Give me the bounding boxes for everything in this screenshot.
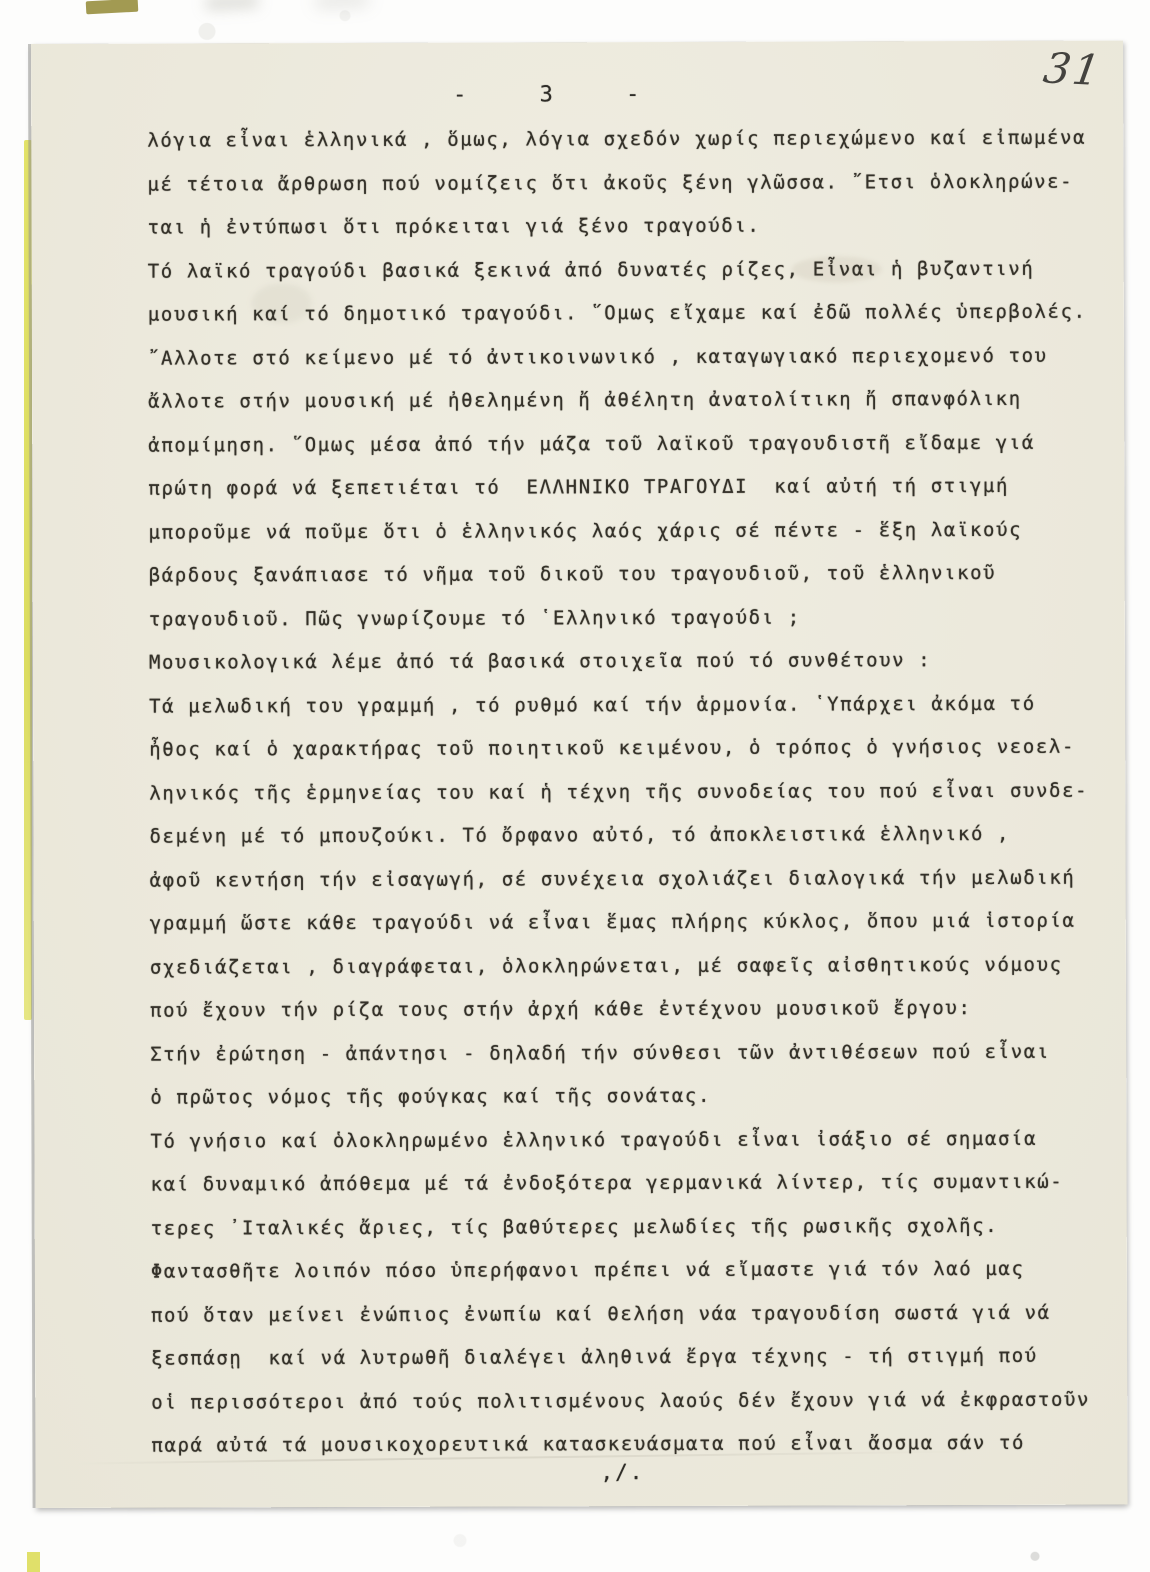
text-line: δεμένη μέ τό μπουζούκι. Τό ὄρφανο αὐτό, …	[149, 813, 1134, 860]
text-line: Τό λαϊκό τραγούδι βασικά ξεκινά ἀπό δυνα…	[148, 247, 1133, 294]
text-line: ξεσπάσῃ καί νά λυτρωθῆ διαλέγει ἀληθινά …	[151, 1335, 1136, 1382]
text-line: βάρδους ξανάπιασε τό νῆμα τοῦ δικοῦ του …	[149, 552, 1134, 599]
scanned-document: { "document": { "page_label": "- 3 -", "…	[0, 0, 1150, 1572]
text-line: ἀπομίμηση. ῞Ομως μέσα ἀπό τήν μάζα τοῦ λ…	[148, 421, 1133, 468]
text-line: μουσική καί τό δημοτικό τραγούδι. ῞Ομως …	[148, 291, 1133, 338]
text-line: τραγουδιοῦ. Πῶς γνωρίζουμε τό ῾Ελληνικό …	[149, 595, 1134, 642]
handwritten-folio-number: 31	[1040, 43, 1105, 95]
text-line: Τά μελωδική του γραμμή , τό ρυθμό καί τή…	[149, 682, 1134, 729]
text-line: τερες ᾽Ιταλικές ἄριες, τίς βαθύτερες μελ…	[151, 1204, 1136, 1251]
text-line: ῎Αλλοτε στό κείμενο μέ τό ἀντικοινωνικό …	[148, 334, 1133, 381]
end-of-page-mark: ,/.	[600, 1460, 644, 1484]
text-line: μέ τέτοια ἄρθρωση πού νομίζεις ὅτι ἀκοῦς…	[147, 160, 1132, 207]
text-line: λόγια εἶναι ἑλληνικά , ὅμως, λόγια σχεδό…	[147, 117, 1132, 164]
text-line: οἱ περισσότεροι ἀπό τούς πολιτισμένους λ…	[151, 1378, 1136, 1425]
text-line: σχεδιάζεται , διαγράφεται, ὁλοκληρώνεται…	[150, 943, 1135, 990]
text-line: Στήν ἐρώτηση - ἀπάντησι - δηλαδή τήν σύν…	[150, 1030, 1135, 1077]
text-line: ται ἡ ἐντύπωσι ὅτι πρόκειται γιά ξένο τρ…	[148, 204, 1133, 251]
text-line: ἦθος καί ὁ χαρακτήρας τοῦ ποιητικοῦ κειμ…	[149, 726, 1134, 773]
text-line: Τό γνήσιο καί ὁλοκληρωμένο ἑλληνικό τραγ…	[150, 1117, 1135, 1164]
text-line: ἀφοῦ κεντήση τήν εἰσαγωγή, σέ συνέχεια σ…	[150, 856, 1135, 903]
text-line: πρώτη φορά νά ξεπετιέται τό ΕΛΛΗΝΙΚΟ ΤΡΑ…	[148, 465, 1133, 512]
underlying-page-corner	[27, 1552, 40, 1572]
typewritten-text-block: λόγια εἶναι ἑλληνικά , ὅμως, λόγια σχεδό…	[147, 117, 1136, 1469]
text-line: Φαντασθῆτε λοιπόν πόσο ὑπερήφανοι πρέπει…	[151, 1248, 1136, 1295]
text-line: Μουσικολογικά λέμε ἀπό τά βασικά στοιχεῖ…	[149, 639, 1134, 686]
text-line: ἄλλοτε στήν μουσική μέ ἠθελημένη ἤ ἀθέλη…	[148, 378, 1133, 425]
text-line: πού ἔχουν τήν ρίζα τους στήν ἀρχή κάθε ἐ…	[150, 987, 1135, 1034]
text-line: ὁ πρῶτος νόμος τῆς φούγκας καί τῆς σονάτ…	[150, 1074, 1135, 1121]
document-page: - 3 - 31 λόγια εἶναι ἑλληνικά , ὅμως, λό…	[31, 41, 1128, 1508]
text-line: γραμμή ὥστε κάθε τραγούδι νά εἶναι ἕμας …	[150, 900, 1135, 947]
text-line: μποροῦμε νά ποῦμε ὅτι ὁ ἑλληνικός λαός χ…	[148, 508, 1133, 555]
text-line: πού ὅταν μείνει ἐνώπιος ἐνωπίω καί θελήσ…	[151, 1291, 1136, 1338]
text-line: ληνικός τῆς ἑρμηνείας του καί ἡ τέχνη τῆ…	[149, 769, 1134, 816]
page-number: - 3 -	[453, 82, 669, 108]
text-line: καί δυναμικό ἀπόθεμα μέ τά ἐνδοξότερα γε…	[151, 1161, 1136, 1208]
